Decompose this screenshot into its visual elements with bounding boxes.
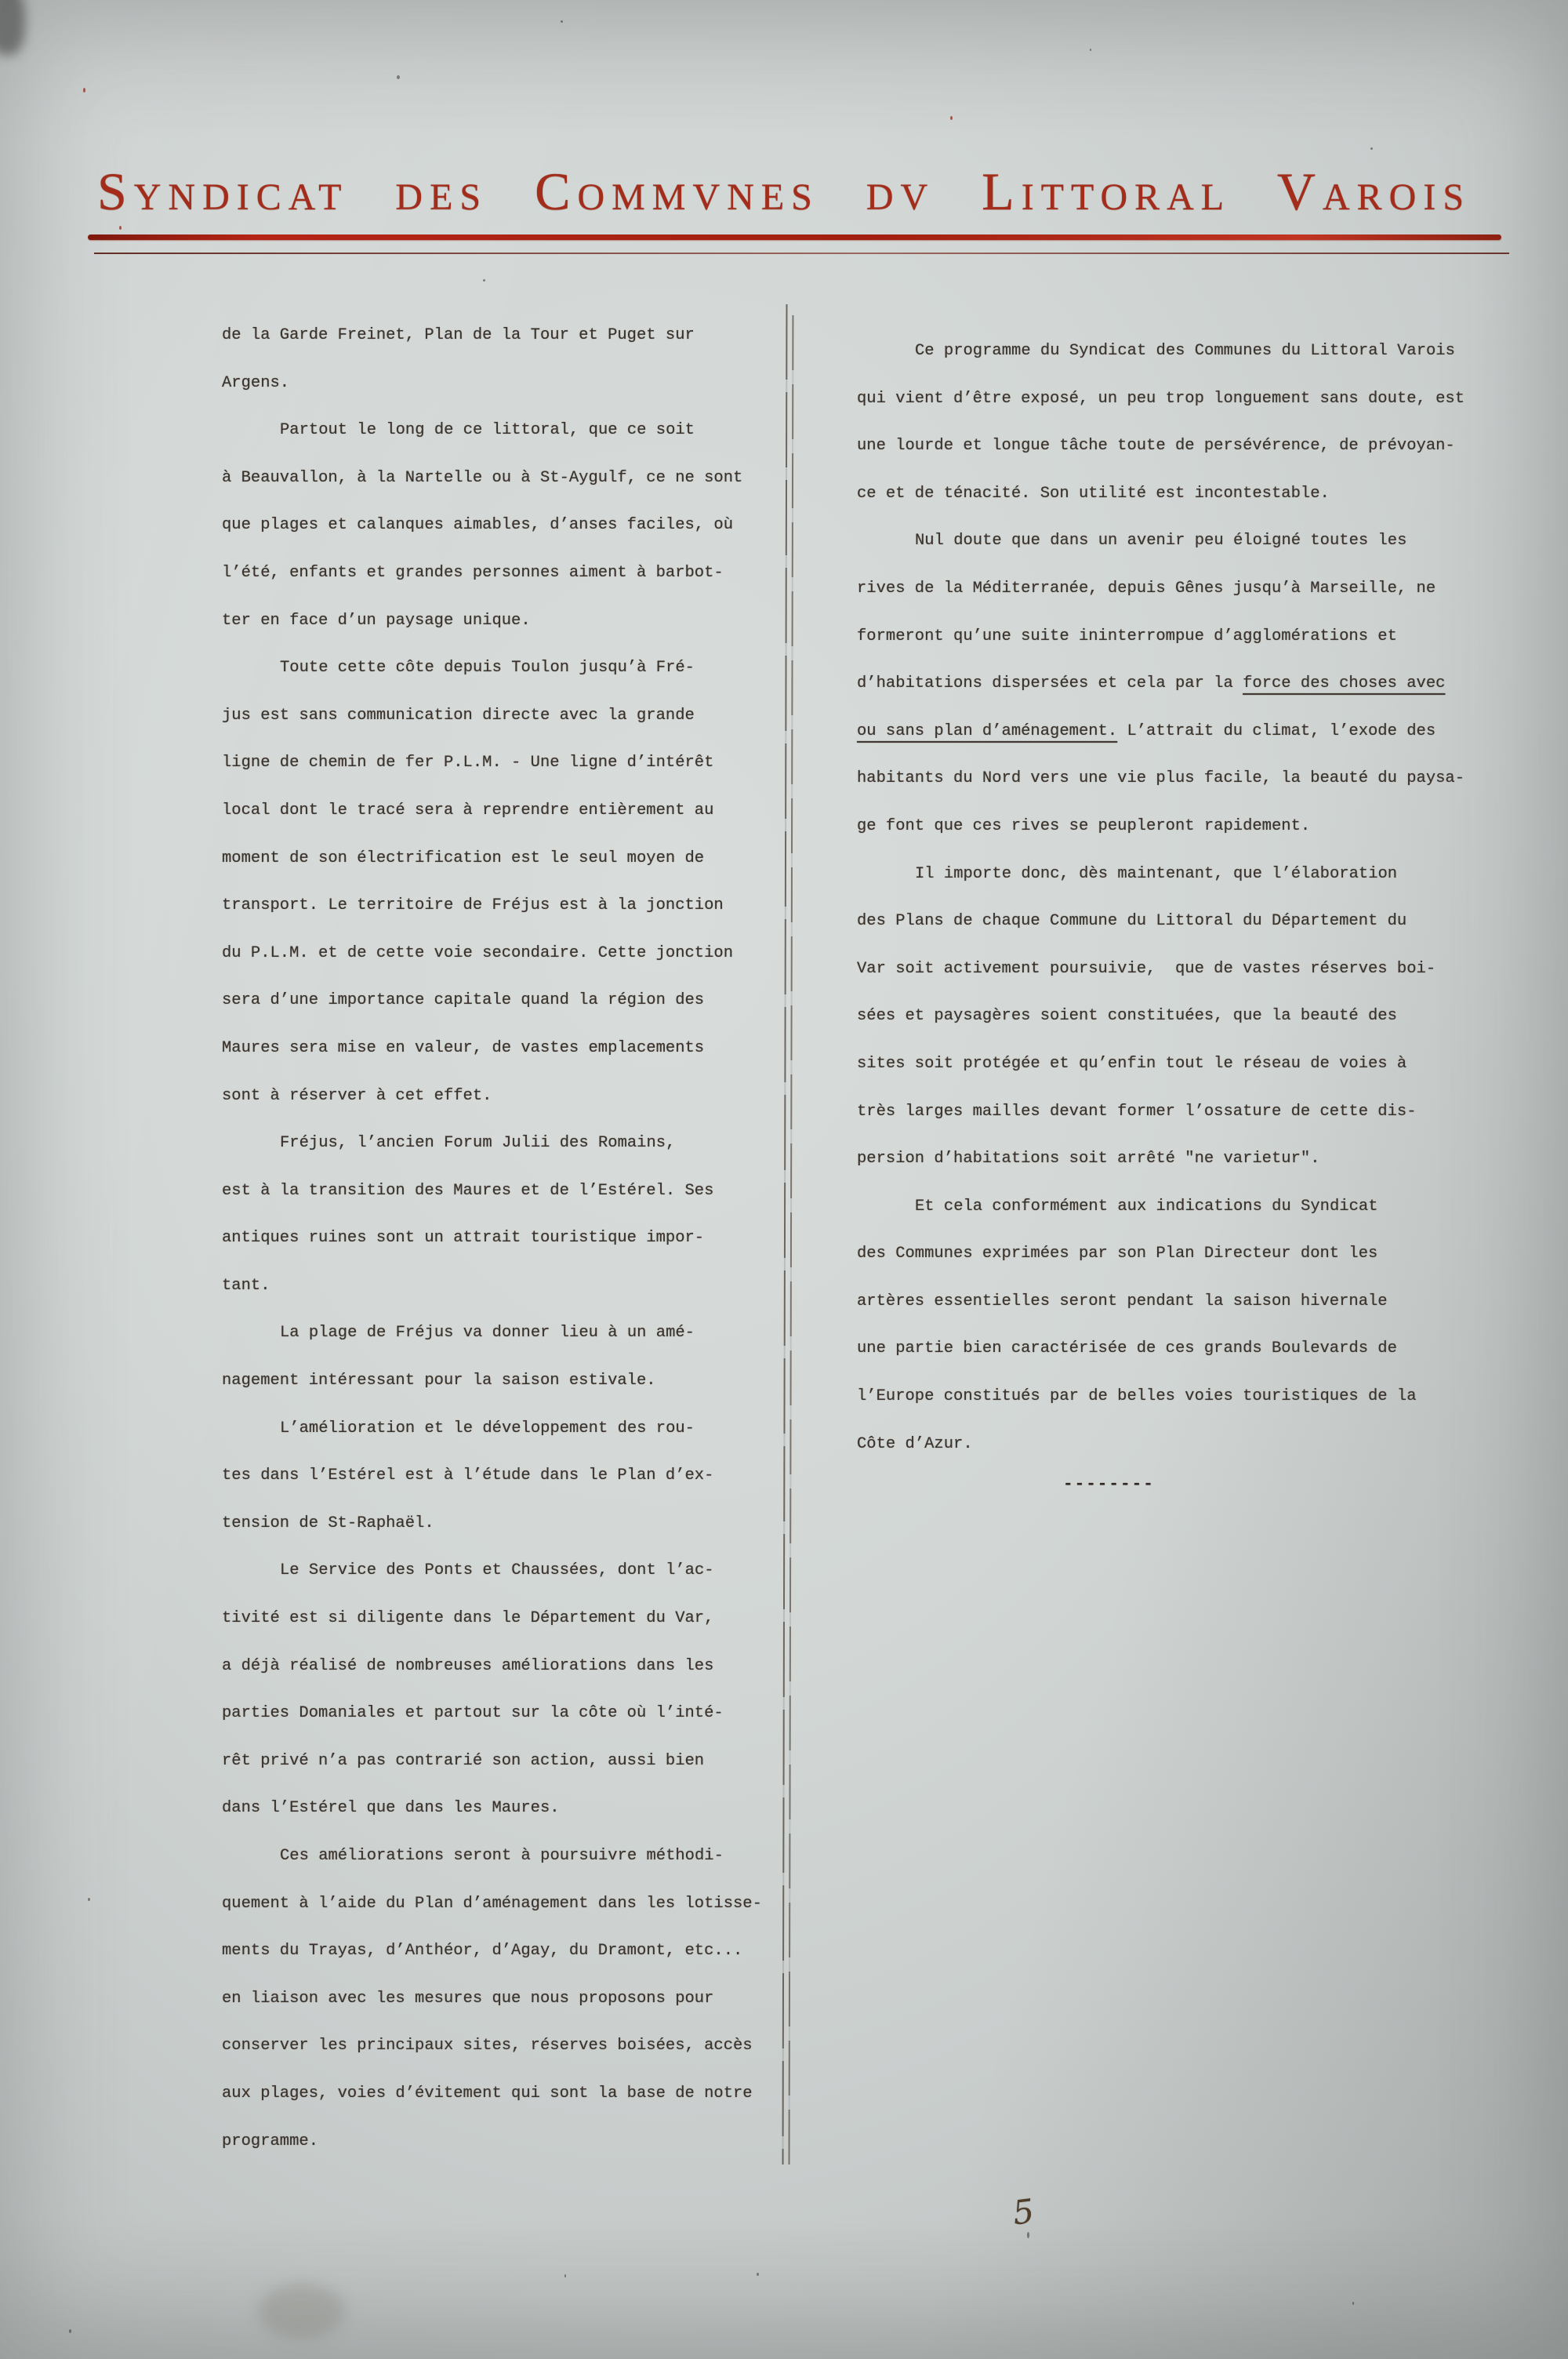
text-segment: sées et paysagères soient constituées, q… <box>857 1007 1397 1025</box>
typed-line: des Plans de chaque Commune du Littoral … <box>857 898 1472 946</box>
typed-line: ce et de ténacité. Son utilité est incon… <box>857 471 1472 518</box>
typed-line: qui vient d’être exposé, un peu trop lon… <box>857 376 1472 423</box>
text-segment: conserver les principaux sites, réserves… <box>222 2037 753 2055</box>
text-segment: des Plans de chaque Commune du Littoral … <box>857 912 1406 930</box>
text-segment: en liaison avec les mesures que nous pro… <box>222 1990 713 2008</box>
typed-line: en liaison avec les mesures que nous pro… <box>222 1976 749 2023</box>
paragraph: Partout le long de ce littoral, que ce s… <box>222 407 749 645</box>
typed-line: tivité est si diligente dans le Départem… <box>222 1595 749 1643</box>
text-segment: tant. <box>222 1277 270 1295</box>
typed-line: Toute cette côte depuis Toulon jusqu’à F… <box>222 645 749 692</box>
paragraph: La plage de Fréjus va donner lieu à un a… <box>222 1310 749 1405</box>
typed-line: jus est sans communication directe avec … <box>222 692 749 740</box>
paragraph: Il importe donc, dès maintenant, que l’é… <box>857 851 1472 1183</box>
text-segment: nagement intéressant pour la saison esti… <box>222 1372 656 1390</box>
text-segment: d’habitations dispersées et cela par la <box>857 674 1243 692</box>
typed-line: est à la transition des Maures et de l’E… <box>222 1168 749 1216</box>
typed-line: à Beauvallon, à la Nartelle ou à St-Aygu… <box>222 455 749 503</box>
text-segment: ments du Trayas, d’Anthéor, d’Agay, du D… <box>222 1942 742 1960</box>
typed-line: transport. Le territoire de Fréjus est à… <box>222 882 749 930</box>
text-segment: La plage de Fréjus va donner lieu à un a… <box>280 1324 695 1342</box>
text-segment: Côte d’Azur. <box>857 1435 973 1453</box>
paragraph: Ces améliorations seront à poursuivre mé… <box>222 1833 749 2165</box>
underlined-text: ou sans plan d’aménagement. <box>857 722 1117 740</box>
typed-line: des Communes exprimées par son Plan Dire… <box>857 1230 1472 1278</box>
text-segment: sites soit protégée et qu’enfin tout le … <box>857 1055 1406 1073</box>
text-segment: une lourde et longue tâche toute de pers… <box>857 437 1455 455</box>
typed-line: sera d’une importance capitale quand la … <box>222 977 749 1025</box>
text-segment: sont à réserver à cet effet. <box>222 1087 492 1105</box>
underlined-text: force des choses avec <box>1243 674 1445 692</box>
paragraph: Le Service des Ponts et Chaussées, dont … <box>222 1547 749 1833</box>
text-segment: antiques ruines sont un attrait touristi… <box>222 1229 704 1247</box>
typed-line: Côte d’Azur. <box>857 1421 1472 1469</box>
typed-line: tes dans l’Estérel est à l’étude dans le… <box>222 1452 749 1500</box>
text-segment: programme. <box>222 2132 318 2150</box>
text-segment: transport. Le territoire de Fréjus est à… <box>222 896 724 914</box>
typed-line: programme. <box>222 2118 749 2166</box>
typed-line: a déjà réalisé de nombreuses amélioratio… <box>222 1643 749 1691</box>
typed-line: antiques ruines sont un attrait touristi… <box>222 1215 749 1263</box>
typed-line: très larges mailles devant former l’ossa… <box>857 1089 1472 1136</box>
typed-line: aux plages, voies d’évitement qui sont l… <box>222 2070 749 2118</box>
text-segment: moment de son électrification est le seu… <box>222 849 704 867</box>
text-segment: du P.L.M. et de cette voie secondaire. C… <box>222 944 733 962</box>
typed-line: conserver les principaux sites, réserves… <box>222 2023 749 2070</box>
typed-line: Partout le long de ce littoral, que ce s… <box>222 407 749 455</box>
text-segment: L’amélioration et le développement des r… <box>280 1419 695 1438</box>
right-column: Ce programme du Syndicat des Communes du… <box>857 328 1472 1468</box>
typed-line: ments du Trayas, d’Anthéor, d’Agay, du D… <box>222 1928 749 1976</box>
text-segment: sera d’une importance capitale quand la … <box>222 991 704 1009</box>
text-segment: quement à l’aide du Plan d’aménagement d… <box>222 1895 762 1913</box>
scan-corner-shadow <box>0 0 25 55</box>
text-segment: tes dans l’Estérel est à l’étude dans le… <box>222 1467 713 1485</box>
typed-line: Nul doute que dans un avenir peu éloigné… <box>857 518 1472 565</box>
text-segment: Nul doute que dans un avenir peu éloigné… <box>915 532 1406 550</box>
text-segment: des Communes exprimées par son Plan Dire… <box>857 1245 1377 1263</box>
typed-line: Maures sera mise en valeur, de vastes em… <box>222 1025 749 1073</box>
typed-line: ligne de chemin de fer P.L.M. - Une lign… <box>222 740 749 787</box>
column-divider-line <box>782 304 796 2165</box>
text-segment: tivité est si diligente dans le Départem… <box>222 1609 713 1627</box>
typed-line: sites soit protégée et qu’enfin tout le … <box>857 1041 1472 1089</box>
text-segment: l’été, enfants et grandes personnes aime… <box>222 564 724 582</box>
typed-line: Le Service des Ponts et Chaussées, dont … <box>222 1547 749 1595</box>
text-segment: tension de St-Raphaël. <box>222 1514 434 1532</box>
text-segment: Le Service des Ponts et Chaussées, dont … <box>280 1561 714 1579</box>
text-segment: dans l’Estérel que dans les Maures. <box>222 1799 560 1817</box>
typed-line: nagement intéressant pour la saison esti… <box>222 1358 749 1405</box>
typed-line: Il importe donc, dès maintenant, que l’é… <box>857 851 1472 899</box>
typed-line: de la Garde Freinet, Plan de la Tour et … <box>222 312 749 360</box>
text-segment: Fréjus, l’ancien Forum Julii des Romains… <box>280 1134 675 1152</box>
typed-line: ge font que ces rives se peupleront rapi… <box>857 803 1472 851</box>
text-segment: rêt privé n’a pas contrarié son action, … <box>222 1752 704 1770</box>
text-segment: Ce programme du Syndicat des Communes du… <box>915 342 1455 360</box>
typed-line: Argens. <box>222 360 749 408</box>
text-segment: est à la transition des Maures et de l’E… <box>222 1182 713 1200</box>
left-column: de la Garde Freinet, Plan de la Tour et … <box>222 312 749 2165</box>
header-rule-thick <box>88 234 1501 240</box>
typed-line: Et cela conformément aux indications du … <box>857 1183 1472 1231</box>
text-segment: artères essentielles seront pendant la s… <box>857 1292 1388 1310</box>
text-segment: formeront qu’une suite ininterrompue d’a… <box>857 627 1397 645</box>
text-segment: habitants du Nord vers une vie plus faci… <box>857 769 1465 787</box>
paragraph: Et cela conformément aux indications du … <box>857 1183 1472 1469</box>
text-segment: persion d’habitations soit arrêté "ne va… <box>857 1150 1320 1168</box>
typed-line: quement à l’aide du Plan d’aménagement d… <box>222 1881 749 1928</box>
typed-line: l’été, enfants et grandes personnes aime… <box>222 550 749 598</box>
text-segment: qui vient d’être exposé, un peu trop lon… <box>857 390 1465 408</box>
page-number: 5 <box>1011 2192 1036 2233</box>
typed-line: l’Europe constitués par de belles voies … <box>857 1373 1472 1421</box>
typed-line: parties Domaniales et partout sur la côt… <box>222 1690 749 1738</box>
paragraph: Ce programme du Syndicat des Communes du… <box>857 328 1472 518</box>
paragraph: Toute cette côte depuis Toulon jusqu’à F… <box>222 645 749 1120</box>
paragraph: L’amélioration et le développement des r… <box>222 1405 749 1548</box>
text-segment: l’Europe constitués par de belles voies … <box>857 1387 1417 1405</box>
typed-line: local dont le tracé sera à reprendre ent… <box>222 787 749 835</box>
paragraph: Fréjus, l’ancien Forum Julii des Romains… <box>222 1120 749 1310</box>
typed-line: que plages et calanques aimables, d’anse… <box>222 502 749 550</box>
typed-line: ou sans plan d’aménagement. L’attrait du… <box>857 708 1472 756</box>
text-segment: très larges mailles devant former l’ossa… <box>857 1103 1417 1121</box>
typed-line: rives de la Méditerranée, depuis Gênes j… <box>857 565 1472 613</box>
typed-line: sées et paysagères soient constituées, q… <box>857 993 1472 1041</box>
scanned-document-page: Syndicat des Commvnes dv Littoral Varois… <box>0 0 1568 2359</box>
header-rule-thin <box>94 253 1509 254</box>
text-segment: à Beauvallon, à la Nartelle ou à St-Aygu… <box>222 469 742 487</box>
text-segment: local dont le tracé sera à reprendre ent… <box>222 801 713 820</box>
typed-line: tension de St-Raphaël. <box>222 1500 749 1548</box>
text-segment: Maures sera mise en valeur, de vastes em… <box>222 1039 704 1057</box>
typed-line: artères essentielles seront pendant la s… <box>857 1278 1472 1326</box>
text-segment: Et cela conformément aux indications du … <box>915 1198 1378 1216</box>
text-segment: a déjà réalisé de nombreuses amélioratio… <box>222 1657 713 1675</box>
typed-line: Var soit activement poursuivie, que de v… <box>857 946 1472 994</box>
typed-line: L’amélioration et le développement des r… <box>222 1405 749 1453</box>
typed-line: persion d’habitations soit arrêté "ne va… <box>857 1136 1472 1183</box>
text-segment: une partie bien caractérisée de ces gran… <box>857 1339 1397 1358</box>
text-segment: ce et de ténacité. Son utilité est incon… <box>857 485 1330 503</box>
text-segment: jus est sans communication directe avec … <box>222 707 695 725</box>
divider-stroke <box>789 315 794 2165</box>
text-segment: Il importe donc, dès maintenant, que l’é… <box>915 865 1397 883</box>
text-segment: parties Domaniales et partout sur la côt… <box>222 1704 724 1722</box>
text-segment: ter en face d’un paysage unique. <box>222 612 531 630</box>
text-segment: ge font que ces rives se peupleront rapi… <box>857 817 1310 835</box>
typed-line: Ce programme du Syndicat des Communes du… <box>857 328 1472 376</box>
typed-line: moment de son électrification est le seu… <box>222 835 749 883</box>
typed-line: dans l’Estérel que dans les Maures. <box>222 1785 749 1833</box>
text-segment: aux plages, voies d’évitement qui sont l… <box>222 2085 753 2103</box>
typed-line: Fréjus, l’ancien Forum Julii des Romains… <box>222 1120 749 1168</box>
typed-line: ter en face d’un paysage unique. <box>222 598 749 645</box>
typed-line: rêt privé n’a pas contrarié son action, … <box>222 1738 749 1786</box>
text-segment: Var soit activement poursuivie, que de v… <box>857 960 1436 978</box>
paper-smudge <box>259 2284 345 2339</box>
typed-line: sont à réserver à cet effet. <box>222 1073 749 1121</box>
text-segment: Ces améliorations seront à poursuivre mé… <box>280 1847 724 1865</box>
divider-stroke <box>782 304 788 2165</box>
text-segment: ligne de chemin de fer P.L.M. - Une lign… <box>222 754 713 772</box>
page-title: Syndicat des Commvnes dv Littoral Varois <box>0 160 1568 224</box>
typed-line: d’habitations dispersées et cela par la … <box>857 660 1472 708</box>
dashed-separator: -------- <box>1063 1476 1155 1494</box>
typed-line: habitants du Nord vers une vie plus faci… <box>857 755 1472 803</box>
paragraph: de la Garde Freinet, Plan de la Tour et … <box>222 312 749 407</box>
typed-line: formeront qu’une suite ininterrompue d’a… <box>857 613 1472 661</box>
typed-line: tant. <box>222 1263 749 1310</box>
text-segment: de la Garde Freinet, Plan de la Tour et … <box>222 326 695 344</box>
paragraph: Nul doute que dans un avenir peu éloigné… <box>857 518 1472 850</box>
text-segment: L’attrait du climat, l’exode des <box>1117 722 1436 740</box>
text-segment: Partout le long de ce littoral, que ce s… <box>280 421 695 439</box>
typed-line: La plage de Fréjus va donner lieu à un a… <box>222 1310 749 1358</box>
text-segment: que plages et calanques aimables, d’anse… <box>222 516 733 534</box>
text-segment: rives de la Méditerranée, depuis Gênes j… <box>857 580 1436 598</box>
typed-line: du P.L.M. et de cette voie secondaire. C… <box>222 930 749 978</box>
typed-line: Ces améliorations seront à poursuivre mé… <box>222 1833 749 1881</box>
typed-line: une lourde et longue tâche toute de pers… <box>857 423 1472 471</box>
text-segment: Toute cette côte depuis Toulon jusqu’à F… <box>280 659 695 677</box>
typed-line: une partie bien caractérisée de ces gran… <box>857 1325 1472 1373</box>
text-segment: Argens. <box>222 374 289 392</box>
